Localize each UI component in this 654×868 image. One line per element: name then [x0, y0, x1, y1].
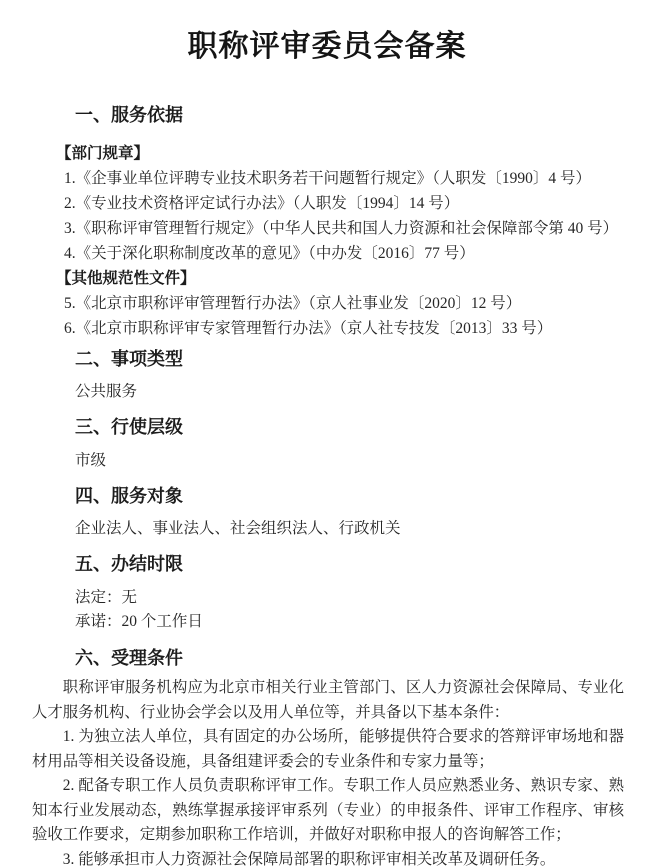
section-exercise-level: 三、行使层级 市级	[0, 416, 654, 472]
section-heading-exercise-level: 三、行使层级	[75, 416, 654, 438]
section-value-exercise-level: 市级	[75, 450, 654, 472]
section-completion-time: 五、办结时限 法定：无 承诺：20 个工作日	[0, 553, 654, 634]
condition-paragraph: 3. 能够承担市人力资源社会保障局部署的职称评审相关改革及调研任务。	[32, 848, 624, 868]
regulation-item: 4.《关于深化职称制度改革的意见》（中办发〔2016〕77 号）	[64, 241, 654, 266]
section-heading-service-basis: 一、服务依据	[75, 104, 654, 126]
section-item-type: 二、事项类型 公共服务	[0, 348, 654, 403]
regulation-group-department: 【部门规章】 1.《企事业单位评聘专业技术职务若干问题暂行规定》（人职发〔199…	[0, 141, 654, 266]
acceptance-conditions-body: 职称评审服务机构应为北京市相关行业主管部门、区人力资源社会保障局、专业化人才服务…	[0, 676, 654, 868]
document-page: 职称评审委员会备案 一、服务依据 【部门规章】 1.《企事业单位评聘专业技术职务…	[0, 0, 654, 868]
regulation-item: 2.《专业技术资格评定试行办法》（人职发〔1994〕14 号）	[64, 191, 654, 216]
regulation-item: 5.《北京市职称评审管理暂行办法》（京人社事业发〔2020〕12 号）	[64, 291, 654, 316]
regulation-group-other: 【其他规范性文件】 5.《北京市职称评审管理暂行办法》（京人社事业发〔2020〕…	[0, 266, 654, 341]
condition-paragraph: 职称评审服务机构应为北京市相关行业主管部门、区人力资源社会保障局、专业化人才服务…	[32, 676, 624, 725]
section-value-item-type: 公共服务	[75, 381, 654, 403]
section-service-basis: 一、服务依据 【部门规章】 1.《企事业单位评聘专业技术职务若干问题暂行规定》（…	[0, 104, 654, 341]
section-heading-completion-time: 五、办结时限	[75, 553, 654, 575]
section-value-service-target: 企业法人、事业法人、社会组织法人、行政机关	[75, 518, 654, 540]
statutory-time-limit: 法定：无	[75, 586, 654, 610]
section-heading-service-target: 四、服务对象	[75, 485, 654, 507]
promised-time-limit: 承诺：20 个工作日	[75, 610, 654, 634]
section-heading-item-type: 二、事项类型	[75, 348, 654, 370]
regulation-item: 1.《企事业单位评聘专业技术职务若干问题暂行规定》（人职发〔1990〕4 号）	[64, 166, 654, 191]
regulation-item: 3.《职称评审管理暂行规定》（中华人民共和国人力资源和社会保障部令第 40 号）	[64, 216, 654, 241]
regulation-group-label: 【其他规范性文件】	[56, 266, 654, 291]
condition-paragraph: 2. 配备专职工作人员负责职称评审工作。专职工作人员应熟悉业务、熟识专家、熟知本…	[32, 774, 624, 848]
document-title: 职称评审委员会备案	[0, 0, 654, 64]
regulation-item: 6.《北京市职称评审专家管理暂行办法》（京人社专技发〔2013〕33 号）	[64, 316, 654, 341]
section-heading-acceptance-conditions: 六、受理条件	[75, 647, 654, 669]
condition-paragraph: 1. 为独立法人单位，具有固定的办公场所，能够提供符合要求的答辩评审场地和器材用…	[32, 725, 624, 774]
section-service-target: 四、服务对象 企业法人、事业法人、社会组织法人、行政机关	[0, 485, 654, 540]
section-acceptance-conditions: 六、受理条件 职称评审服务机构应为北京市相关行业主管部门、区人力资源社会保障局、…	[0, 647, 654, 868]
regulation-group-label: 【部门规章】	[56, 141, 654, 166]
